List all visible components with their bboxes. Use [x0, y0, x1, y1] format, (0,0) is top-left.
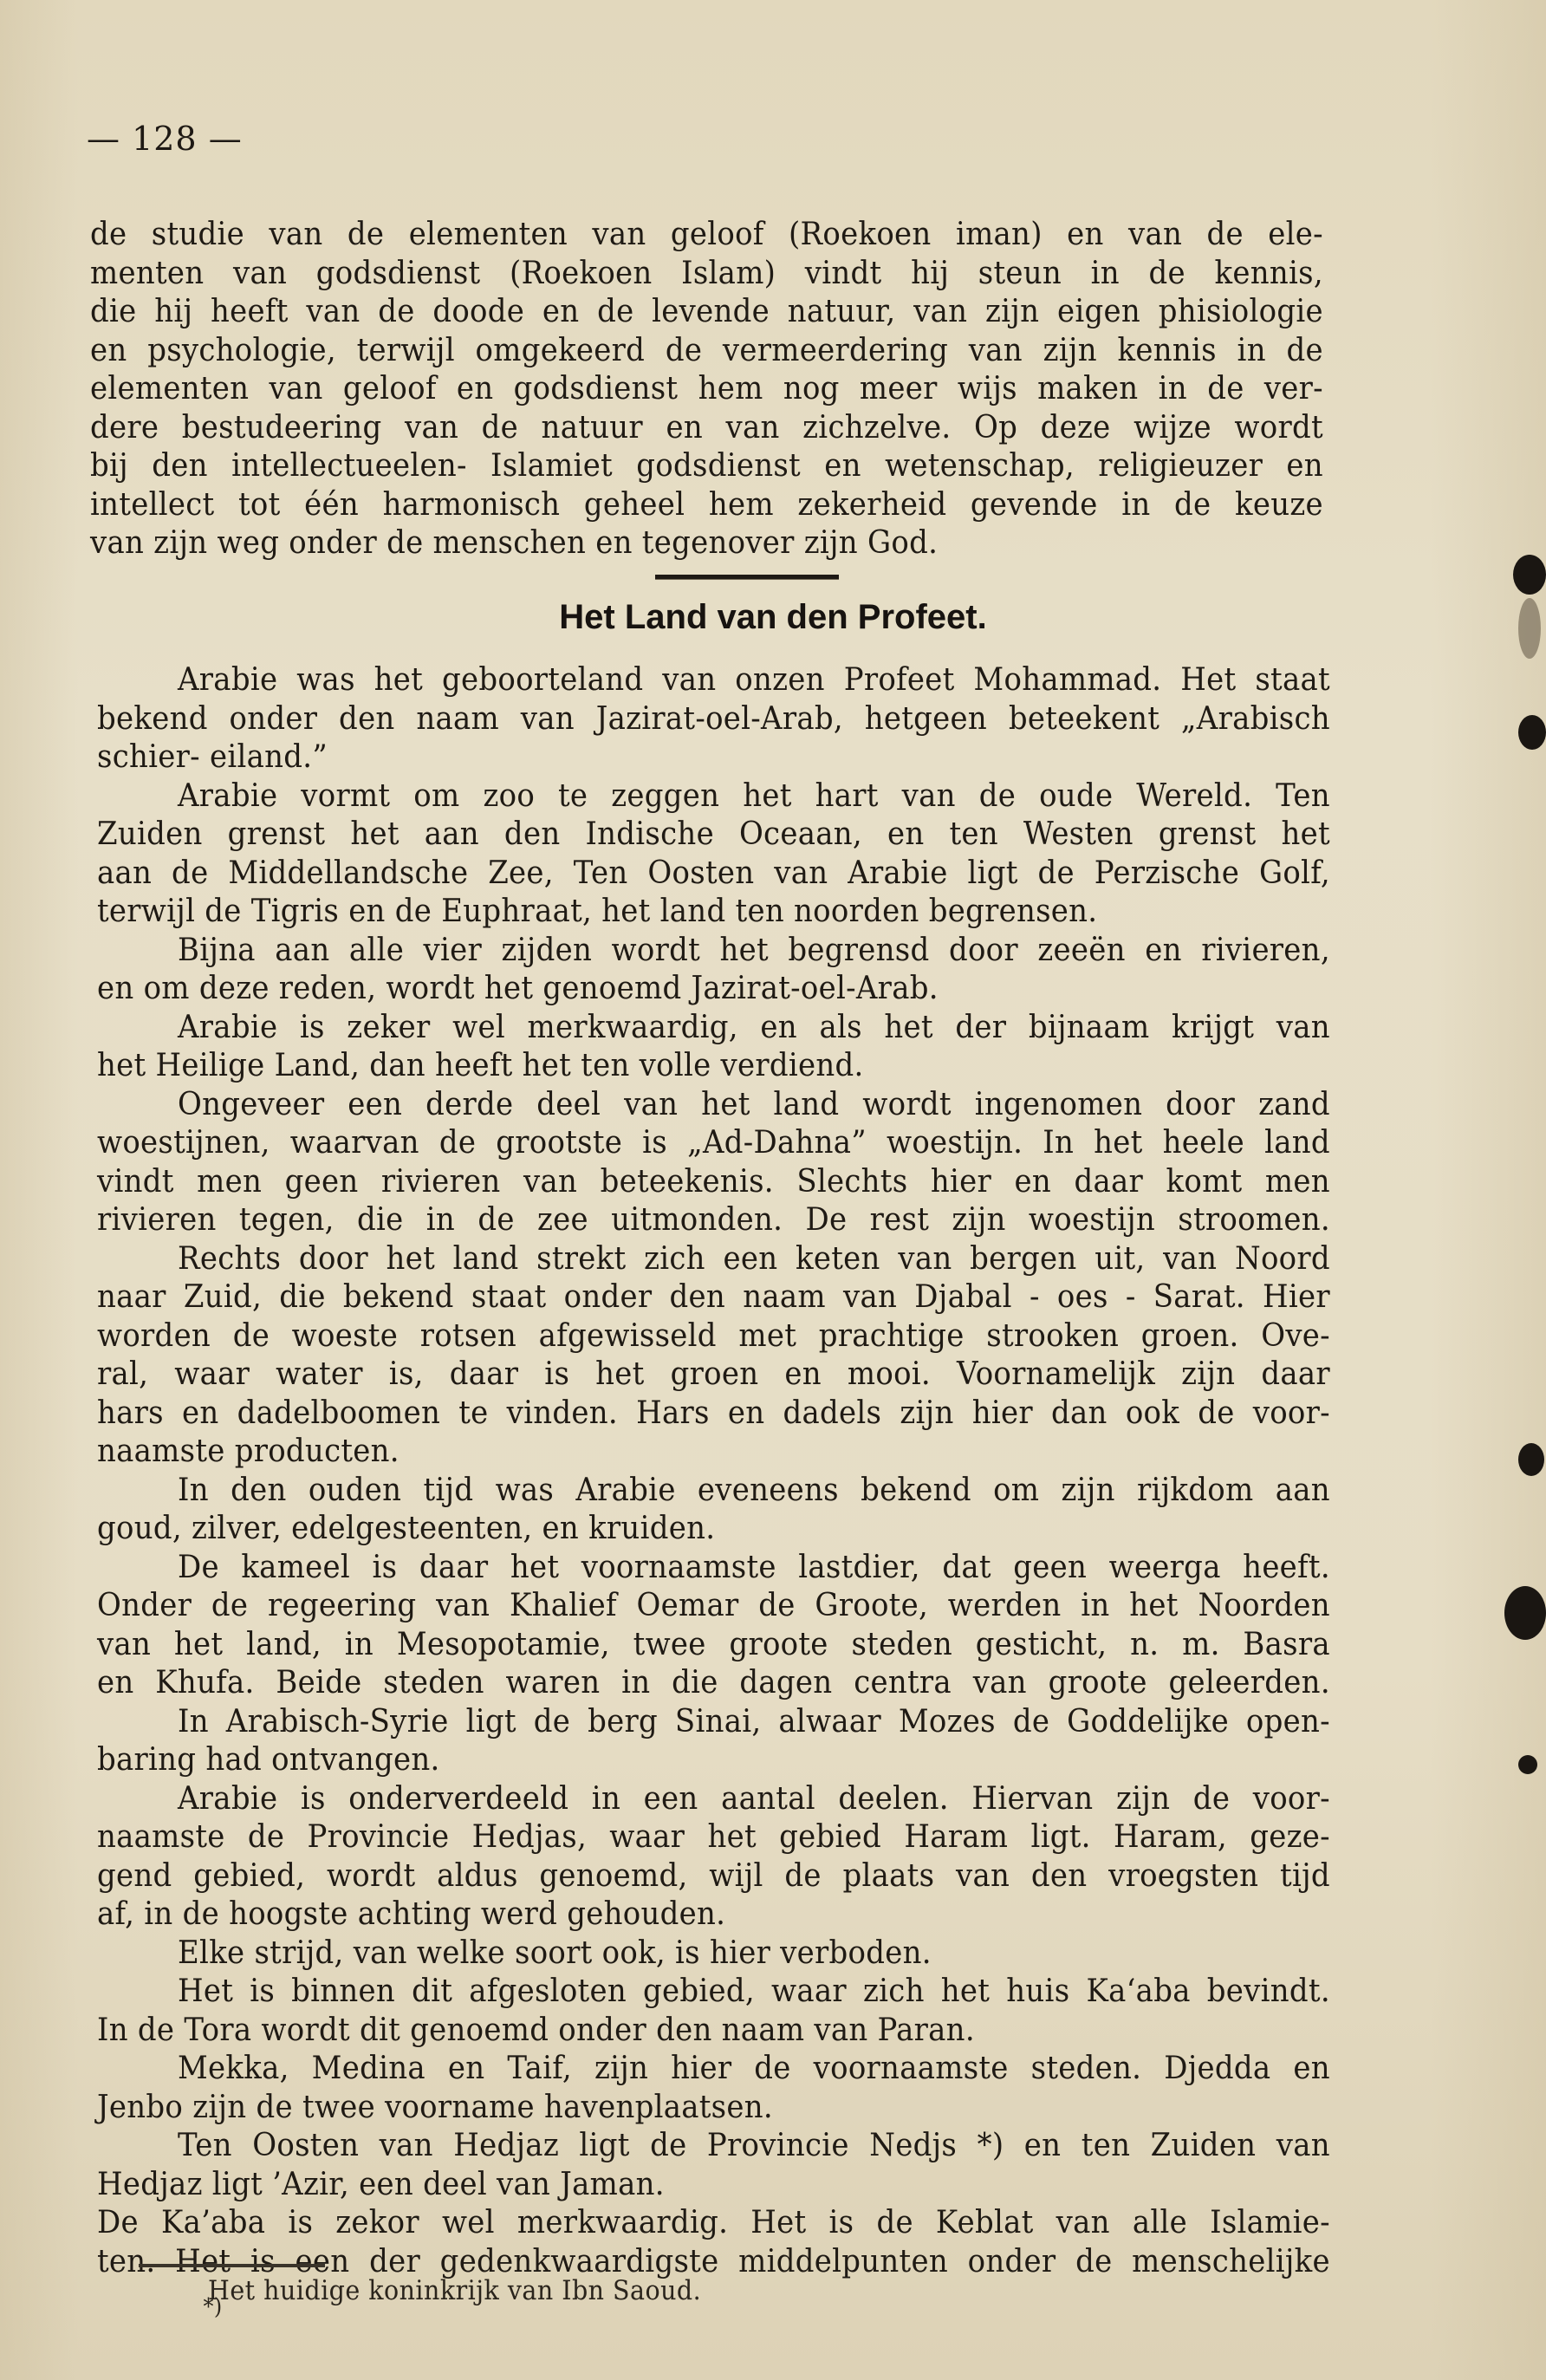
text-line: af, in de hoogste achting werd gehouden.	[97, 1895, 1330, 1934]
text-line: de studie van de elementen van geloof (R…	[90, 215, 1323, 254]
text-line: bekend onder den naam van Jazirat-oel-Ar…	[97, 699, 1330, 738]
section-body: Arabie was het geboorteland van onzen Pr…	[97, 660, 1330, 2280]
text-line: Mekka, Medina en Taif, zijn hier de voor…	[97, 2049, 1330, 2088]
text-line: naamste producten.	[97, 1432, 1330, 1471]
footnote-divider	[139, 2264, 325, 2267]
text-line: goud, zilver, edelgesteenten, en kruiden…	[97, 1509, 1330, 1548]
ink-stain	[1518, 1443, 1544, 1476]
section-heading: Het Land van den Profeet.	[0, 598, 1546, 637]
page-number: — 128 —	[87, 120, 243, 158]
text-line: terwijl de Tigris en de Euphraat, het la…	[97, 892, 1330, 931]
text-line: Jenbo zijn de twee voorname havenplaatse…	[97, 2088, 1330, 2127]
ink-stain	[1518, 1755, 1537, 1774]
text-line: hars en dadelboomen te vinden. Hars en d…	[97, 1394, 1330, 1433]
text-line: In de Tora wordt dit genoemd onder den n…	[97, 2011, 1330, 2050]
text-line: van het land, in Mesopotamie, twee groot…	[97, 1625, 1330, 1664]
text-line: vindt men geen rivieren van beteekenis. …	[97, 1162, 1330, 1201]
text-line: aan de Middellandsche Zee, Ten Oosten va…	[97, 854, 1330, 893]
text-line: elementen van geloof en godsdienst hem n…	[90, 369, 1323, 408]
text-line: Hedjaz ligt ’Azir, een deel van Jaman.	[97, 2165, 1330, 2204]
footnote-text: Het huidige koninkrijk van Ibn Saoud.	[208, 2275, 701, 2306]
text-line: Bijna aan alle vier zijden wordt het beg…	[97, 931, 1330, 970]
text-line: Arabie was het geboorteland van onzen Pr…	[97, 660, 1330, 699]
text-line: en Khufa. Beide steden waren in die dage…	[97, 1663, 1330, 1702]
ink-stain	[1518, 715, 1546, 750]
text-line: en psychologie, terwijl omgekeerd de ver…	[90, 331, 1323, 370]
book-page: — 128 — de studie van de elementen van g…	[0, 0, 1546, 2380]
text-line: ral, waar water is, daar is het groen en…	[97, 1355, 1330, 1394]
intro-paragraph: de studie van de elementen van geloof (R…	[90, 215, 1323, 562]
text-line: van zijn weg onder de menschen en tegeno…	[90, 523, 1323, 562]
ink-stain	[1513, 555, 1546, 595]
text-line: naamste de Provincie Hedjas, waar het ge…	[97, 1818, 1330, 1857]
text-line: In Arabisch-Syrie ligt de berg Sinai, al…	[97, 1702, 1330, 1741]
section-divider	[655, 575, 839, 580]
text-line: Ongeveer een derde deel van het land wor…	[97, 1085, 1330, 1124]
text-line: gend gebied, wordt aldus genoemd, wijl d…	[97, 1857, 1330, 1896]
text-line: het Heilige Land, dan heeft het ten voll…	[97, 1046, 1330, 1085]
ink-stain	[1518, 598, 1541, 659]
text-line: schier- eiland.”	[97, 738, 1330, 777]
text-line: Arabie vormt om zoo te zeggen het hart v…	[97, 777, 1330, 816]
text-line: rivieren tegen, die in de zee uitmonden.…	[97, 1200, 1330, 1239]
footnote: *) Het huidige koninkrijk van Ibn Saoud.	[208, 2275, 701, 2306]
text-line: intellect tot één harmonisch geheel hem …	[90, 485, 1323, 524]
text-line: Arabie is onderverdeeld in een aantal de…	[97, 1779, 1330, 1818]
text-line: Arabie is zeker wel merkwaardig, en als …	[97, 1008, 1330, 1047]
ink-stain	[1504, 1586, 1546, 1640]
text-line: bij den intellectueelen- Islamiet godsdi…	[90, 446, 1323, 485]
text-line: Het is binnen dit afgesloten gebied, waa…	[97, 1972, 1330, 2011]
text-line: Zuiden grenst het aan den Indische Oceaa…	[97, 815, 1330, 854]
footnote-marker: *)	[203, 2294, 222, 2320]
text-line: woestijnen, waarvan de grootste is „Ad-D…	[97, 1123, 1330, 1162]
text-line: De Ka’aba is zekor wel merkwaardig. Het …	[97, 2203, 1330, 2242]
text-line: In den ouden tijd was Arabie eveneens be…	[97, 1471, 1330, 1510]
text-line: baring had ontvangen.	[97, 1740, 1330, 1779]
text-line: dere bestudeering van de natuur en van z…	[90, 408, 1323, 447]
text-line: Ten Oosten van Hedjaz ligt de Provincie …	[97, 2126, 1330, 2165]
text-line: menten van godsdienst (Roekoen Islam) vi…	[90, 254, 1323, 293]
text-line: worden de woeste rotsen afgewisseld met …	[97, 1317, 1330, 1356]
text-line: De kameel is daar het voornaamste lastdi…	[97, 1548, 1330, 1587]
text-line: en om deze reden, wordt het genoemd Jazi…	[97, 969, 1330, 1008]
text-line: die hij heeft van de doode en de levende…	[90, 292, 1323, 331]
text-line: Rechts door het land strekt zich een ket…	[97, 1239, 1330, 1278]
text-line: naar Zuid, die bekend staat onder den na…	[97, 1278, 1330, 1317]
text-line: Elke strijd, van welke soort ook, is hie…	[97, 1934, 1330, 1973]
text-line: Onder de regeering van Khalief Oemar de …	[97, 1586, 1330, 1625]
